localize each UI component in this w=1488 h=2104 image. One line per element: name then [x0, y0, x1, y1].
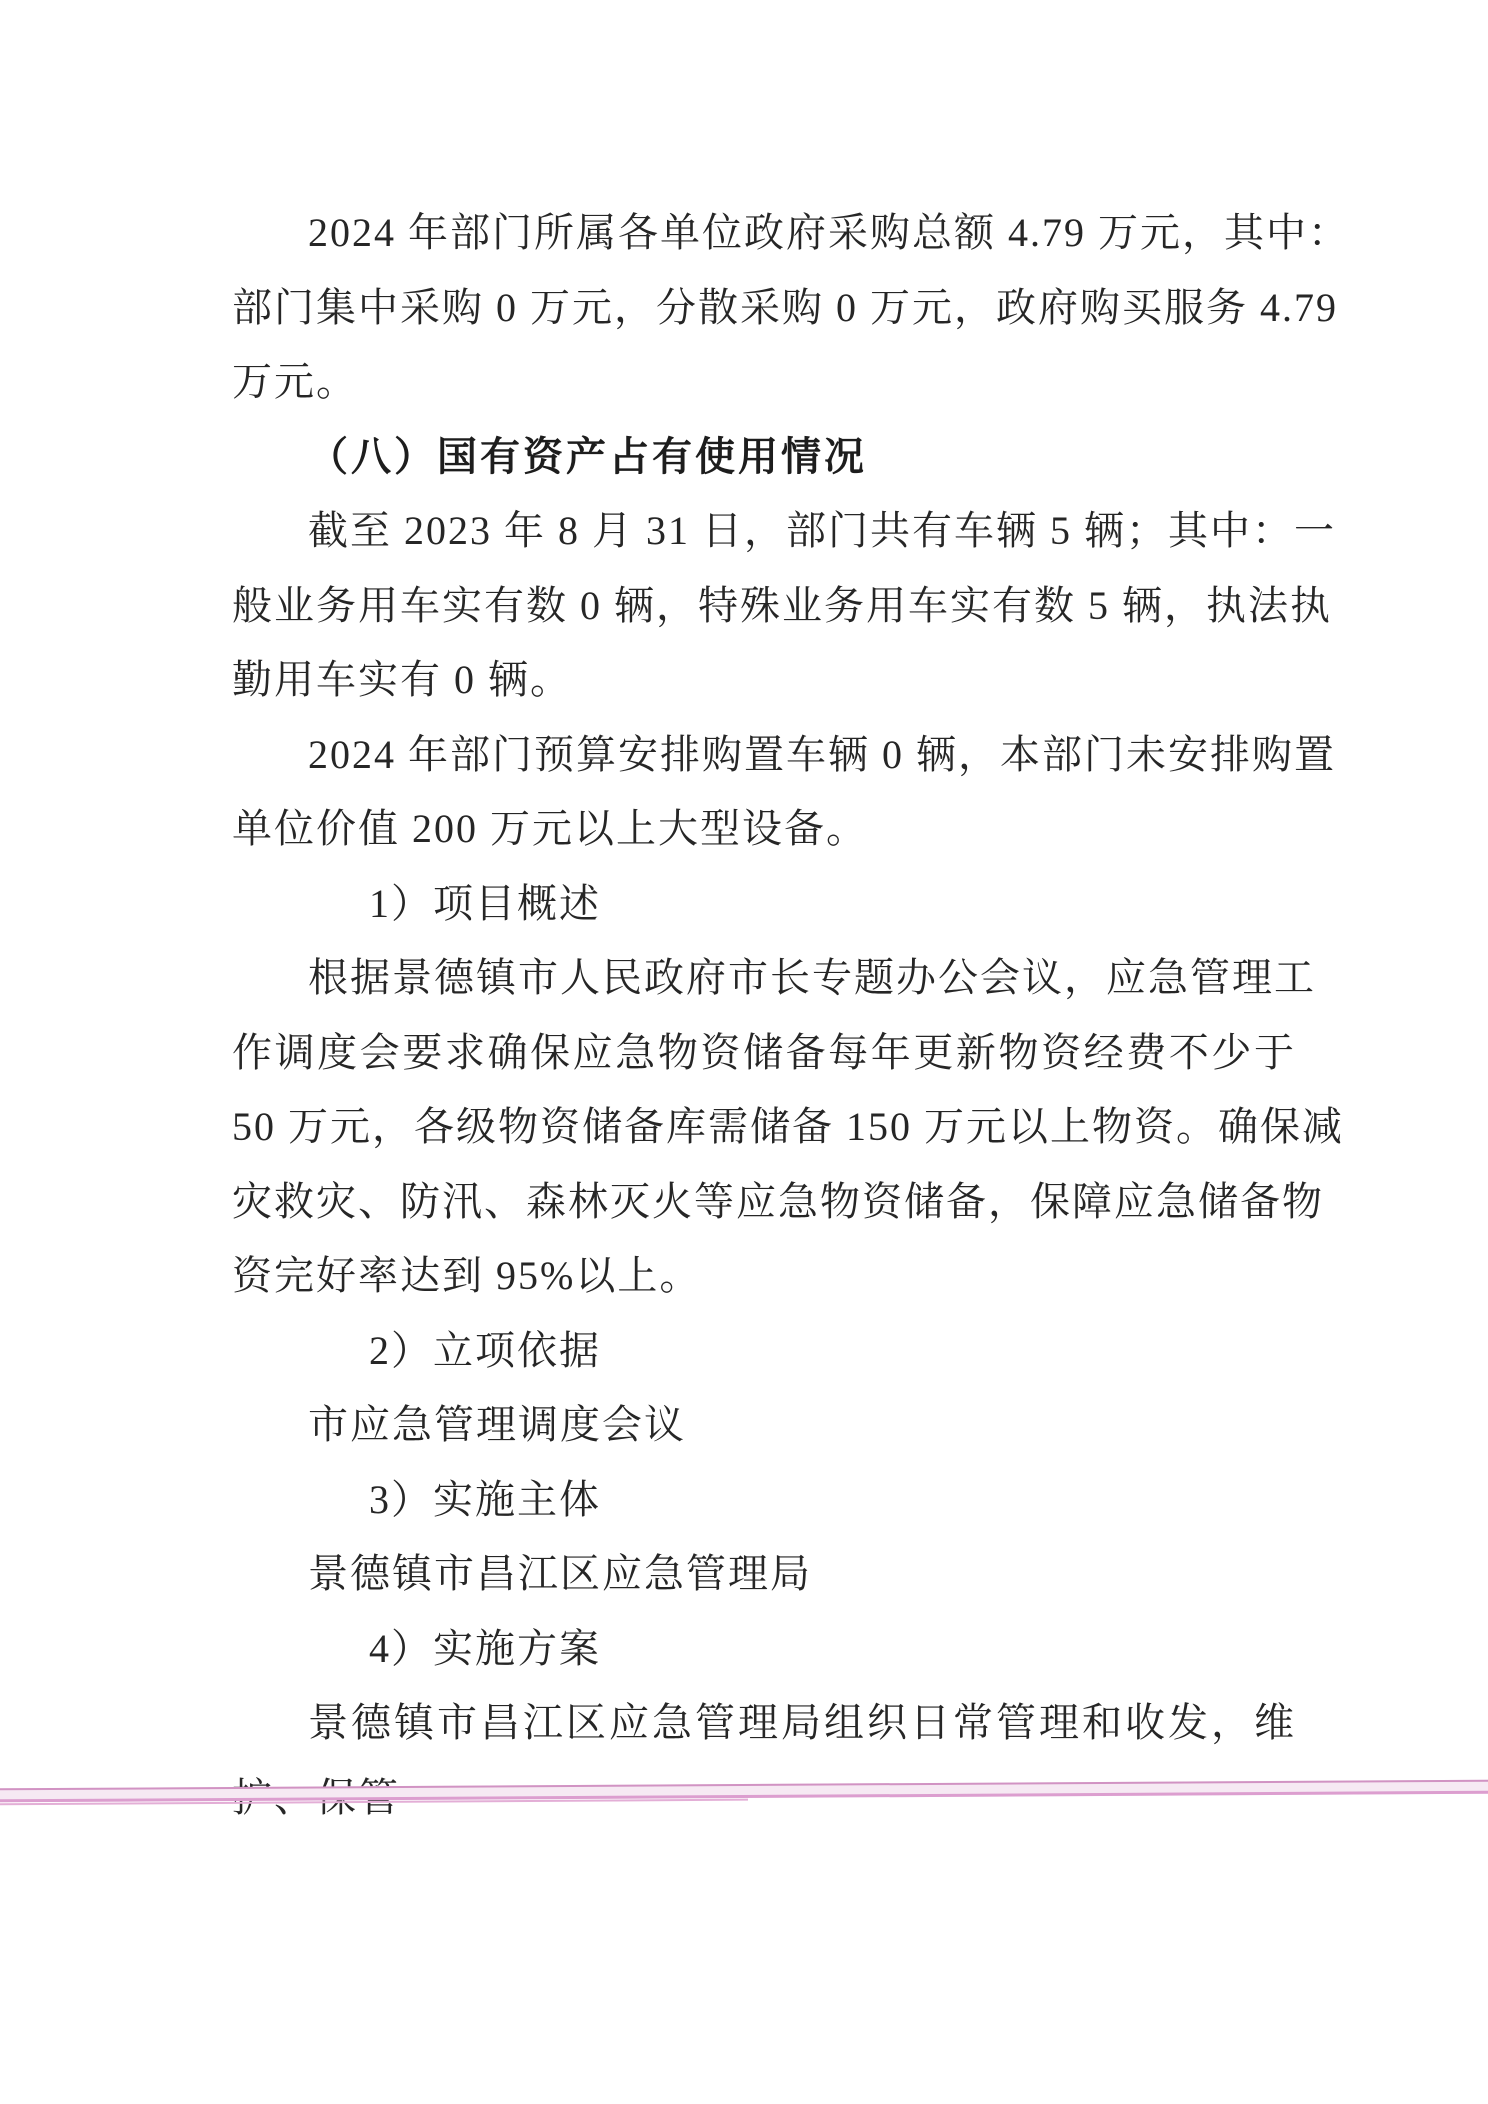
document-page: 2024 年部门所属各单位政府采购总额 4.79 万元，其中： 部门集中采购 0… — [0, 0, 1488, 2104]
numbered-item-heading: 4）实施方案 — [232, 1612, 1296, 1687]
body-line: 2024 年部门所属各单位政府采购总额 4.79 万元，其中： — [232, 196, 1296, 271]
body-line: 作调度会要求确保应急物资储备每年更新物资经费不少于 — [232, 1016, 1296, 1091]
body-line: 景德镇市昌江区应急管理局 — [232, 1537, 1296, 1612]
section-heading: （八）国有资产占有使用情况 — [232, 420, 1296, 495]
body-line: 勤用车实有 0 辆。 — [232, 643, 1296, 718]
body-line: 般业务用车实有数 0 辆，特殊业务用车实有数 5 辆，执法执 — [232, 569, 1296, 644]
body-line: 2024 年部门预算安排购置车辆 0 辆，本部门未安排购置 — [232, 718, 1296, 793]
body-line: 截至 2023 年 8 月 31 日，部门共有车辆 5 辆；其中：一 — [232, 494, 1296, 569]
body-line: 资完好率达到 95%以上。 — [232, 1239, 1296, 1314]
numbered-item-heading: 2）立项依据 — [232, 1314, 1296, 1389]
body-line: 市应急管理调度会议 — [232, 1388, 1296, 1463]
numbered-item-heading: 1）项目概述 — [232, 867, 1296, 942]
body-line: 单位价值 200 万元以上大型设备。 — [232, 792, 1296, 867]
body-line: 景德镇市昌江区应急管理局组织日常管理和收发，维 — [232, 1686, 1296, 1761]
numbered-item-heading: 3）实施主体 — [232, 1463, 1296, 1538]
scanned-document-screenshot: { "page": { "background_color": "#ffffff… — [0, 0, 1488, 2104]
body-line: 万元。 — [232, 345, 1296, 420]
body-line: 50 万元，各级物资储备库需储备 150 万元以上物资。确保减 — [232, 1090, 1296, 1165]
text-block: 2024 年部门所属各单位政府采购总额 4.79 万元，其中： 部门集中采购 0… — [232, 196, 1296, 1835]
body-line: 根据景德镇市人民政府市长专题办公会议，应急管理工 — [232, 941, 1296, 1016]
body-line: 部门集中采购 0 万元，分散采购 0 万元，政府购买服务 4.79 — [232, 271, 1296, 346]
body-line: 灾救灾、防汛、森林灭火等应急物资储备，保障应急储备物 — [232, 1165, 1296, 1240]
